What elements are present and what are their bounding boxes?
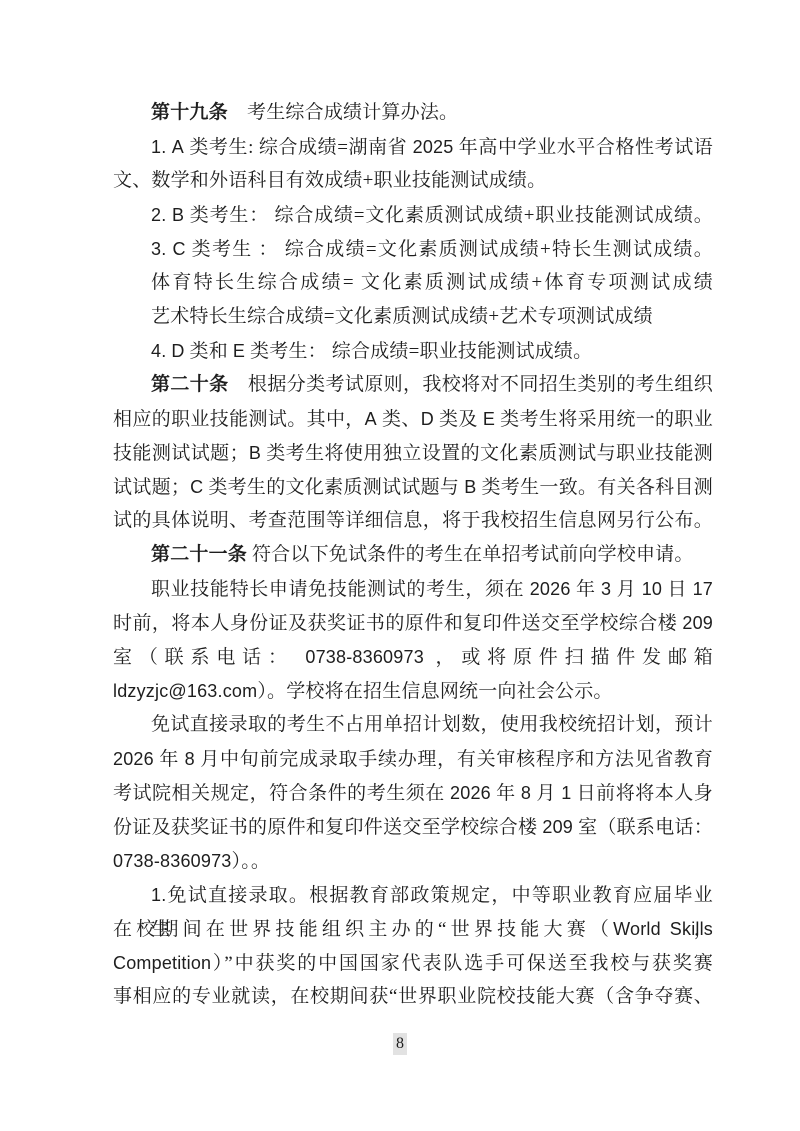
cjk-text-run: 类及 bbox=[434, 409, 483, 430]
latin-text-run: E bbox=[233, 341, 245, 361]
document-line: 份证及获奖证书的原件和复印件送交至学校综合楼 209 室（联系电话： bbox=[113, 810, 713, 844]
cjk-text-run: 在校期间在世界技能组织主办的“世界技能大赛（ bbox=[113, 919, 613, 940]
latin-text-run: 2026 bbox=[113, 749, 154, 769]
latin-text-run: 4. bbox=[151, 341, 166, 361]
latin-text-run: 1 bbox=[561, 783, 571, 803]
latin-text-run: A bbox=[172, 137, 184, 157]
cjk-text-run: 类考生： 综合成绩=职业技能测试成绩。 bbox=[245, 341, 592, 362]
cjk-text-run: 日前将将本人身 bbox=[571, 783, 713, 804]
document-line: 免试直接录取的考生不占用单招计划数，使用我校统招计划，预计 bbox=[113, 708, 713, 742]
document-line: 技能测试试题；B 类考生将使用独立设置的文化素质测试与职业技能测 bbox=[113, 436, 713, 470]
cjk-text-run: 室（联系电话： bbox=[113, 647, 305, 668]
cjk-text-run: 相应的职业技能测试。其中， bbox=[113, 409, 365, 430]
latin-text-run: 2025 bbox=[413, 137, 454, 157]
latin-text-run: 2026 bbox=[530, 579, 571, 599]
document-line: 体育特长生综合成绩= 文化素质测试成绩+体育专项测试成绩 bbox=[113, 266, 713, 300]
cjk-text-run: 试的具体说明、考查范围等详细信息，将于我校招生信息网另行公布。 bbox=[113, 510, 713, 531]
cjk-text-run: ）”中获奖的中国国家代表队选手可保送至我校与获奖赛 bbox=[211, 953, 713, 974]
cjk-text-run: 类考生 ： 综合成绩=文化素质测试成绩+特长生测试成绩。 bbox=[186, 239, 713, 260]
latin-text-run: 8 bbox=[185, 749, 195, 769]
cjk-text-run bbox=[661, 919, 670, 940]
latin-text-run: 17 bbox=[693, 579, 713, 599]
cjk-text-run: 试试题； bbox=[113, 477, 190, 498]
document-line: 第二十一条 符合以下免试条件的考生在单招考试前向学校申请。 bbox=[113, 538, 713, 572]
document-line: 2. B 类考生： 综合成绩=文化素质测试成绩+职业技能测试成绩。 bbox=[113, 198, 713, 232]
latin-text-run: C bbox=[190, 477, 203, 497]
cjk-text-run: 根据分类考试原则，我校将对不同招生类别的考生组织 bbox=[229, 374, 713, 395]
cjk-text-run: 类考生： 综合成绩=文化素质测试成绩+职业技能测试成绩。 bbox=[184, 205, 713, 226]
latin-text-run: C bbox=[172, 239, 185, 259]
cjk-text-run: 技能测试试题； bbox=[113, 443, 249, 464]
document-line: 1.免试直接录取。根据教育部政策规定，中等职业教育应届毕业生， bbox=[113, 878, 713, 912]
document-content: 第十九条 考生综合成绩计算办法。1. A 类考生: 综合成绩=湖南省 2025 … bbox=[113, 96, 713, 1014]
cjk-text-run: 室（联系电话： bbox=[573, 817, 713, 838]
cjk-text-run: 第二十条 bbox=[151, 374, 229, 395]
cjk-text-run: ，或将原件扫描件发邮箱 bbox=[424, 647, 713, 668]
document-line: 1. A 类考生: 综合成绩=湖南省 2025 年高中学业水平合格性考试语 bbox=[113, 130, 713, 164]
cjk-text-run: 类考生: 综合成绩=湖南省 bbox=[184, 137, 413, 158]
document-line: 3. C 类考生 ： 综合成绩=文化素质测试成绩+特长生测试成绩。 bbox=[113, 232, 713, 266]
cjk-text-run: 事相应的专业就读，在校期间获“世界职业院校技能大赛（含争夺赛、 bbox=[113, 986, 713, 1007]
latin-text-run: 1. bbox=[151, 137, 166, 157]
cjk-text-run: 类考生将使用独立设置的文化素质测试与职业技能测 bbox=[261, 443, 713, 464]
cjk-text-run: 类和 bbox=[185, 341, 233, 362]
cjk-text-run: 年 bbox=[571, 579, 601, 600]
cjk-text-run: 第二十一条 bbox=[151, 544, 247, 565]
document-line: 室（联系电话： 0738-8360973 ，或将原件扫描件发邮箱 bbox=[113, 640, 713, 674]
page-number: 8 bbox=[393, 1033, 407, 1055]
document-line: 第二十条 根据分类考试原则，我校将对不同招生类别的考生组织 bbox=[113, 368, 713, 402]
document-line: 0738-8360973）。。 bbox=[113, 844, 713, 878]
cjk-text-run: 类、 bbox=[377, 409, 421, 430]
document-line: Competition）”中获奖的中国国家代表队选手可保送至我校与获奖赛 bbox=[113, 946, 713, 980]
latin-text-run: B bbox=[464, 477, 476, 497]
document-line: 考试院相关规定，符合条件的考生须在 2026 年 8 月 1 日前将将本人身 bbox=[113, 776, 713, 810]
cjk-text-run: 月 bbox=[531, 783, 561, 804]
document-line: 试试题；C 类考生的文化素质测试试题与 B 类考生一致。有关各科目测 bbox=[113, 470, 713, 504]
document-line: 4. D 类和 E 类考生： 综合成绩=职业技能测试成绩。 bbox=[113, 334, 713, 368]
cjk-text-run: 类考生的文化素质测试试题与 bbox=[203, 477, 464, 498]
document-line: 艺术特长生综合成绩=文化素质测试成绩+艺术专项测试成绩 bbox=[113, 300, 713, 334]
latin-text-run: ldzyzjc@163.com bbox=[113, 681, 257, 701]
document-line: 时前，将本人身份证及获奖证书的原件和复印件送交至学校综合楼 209 bbox=[113, 606, 713, 640]
latin-text-run: 209 bbox=[682, 613, 713, 633]
document-line: 相应的职业技能测试。其中，A 类、D 类及 E 类考生将采用统一的职业 bbox=[113, 402, 713, 436]
document-line: 2026 年 8 月中旬前完成录取手续办理，有关审核程序和方法见省教育 bbox=[113, 742, 713, 776]
document-page: 第十九条 考生综合成绩计算办法。1. A 类考生: 综合成绩=湖南省 2025 … bbox=[0, 0, 800, 1131]
cjk-text-run: 年 bbox=[154, 749, 185, 770]
cjk-text-run: 文、数学和外语科目有效成绩+职业技能测试成绩。 bbox=[113, 170, 546, 191]
cjk-text-run: 类考生一致。有关各科目测 bbox=[476, 477, 713, 498]
document-line: 职业技能特长申请免技能测试的考生，须在 2026 年 3 月 10 日 17 bbox=[113, 572, 713, 606]
latin-text-run: B bbox=[249, 443, 261, 463]
latin-text-run: 0738-8360973 bbox=[113, 851, 232, 871]
document-line: 在校期间在世界技能组织主办的“世界技能大赛（World Skills bbox=[113, 912, 713, 946]
cjk-text-run: 职业技能特长申请免技能测试的考生，须在 bbox=[151, 579, 530, 600]
page-footer: 8 bbox=[0, 1033, 800, 1055]
cjk-text-run: 月中旬前完成录取手续办理，有关审核程序和方法见省教育 bbox=[195, 749, 713, 770]
latin-text-run: 3. bbox=[151, 239, 166, 259]
cjk-text-run: 日 bbox=[662, 579, 692, 600]
latin-text-run: B bbox=[172, 205, 184, 225]
document-line: 第十九条 考生综合成绩计算办法。 bbox=[113, 96, 713, 130]
cjk-text-run: 年 bbox=[491, 783, 521, 804]
cjk-text-run: 时前，将本人身份证及获奖证书的原件和复印件送交至学校综合楼 bbox=[113, 613, 682, 634]
cjk-text-run: 考试院相关规定，符合条件的考生须在 bbox=[113, 783, 450, 804]
latin-text-run: D bbox=[171, 341, 184, 361]
cjk-text-run: 考生综合成绩计算办法。 bbox=[228, 102, 458, 123]
latin-text-run: 3 bbox=[601, 579, 611, 599]
latin-text-run: 2. bbox=[151, 205, 166, 225]
cjk-text-run: 第十九条 bbox=[151, 102, 228, 123]
cjk-text-run: 符合以下免试条件的考生在单招考试前向学校申请。 bbox=[247, 544, 694, 565]
latin-text-run: Skills bbox=[670, 919, 713, 939]
cjk-text-run: ）。。 bbox=[232, 851, 271, 872]
cjk-text-run: 免试直接录取的考生不占用单招计划数，使用我校统招计划，预计 bbox=[151, 714, 713, 735]
latin-text-run: 0738-8360973 bbox=[305, 647, 424, 667]
latin-text-run: A bbox=[365, 409, 377, 429]
latin-text-run: 8 bbox=[521, 783, 531, 803]
latin-text-run: D bbox=[421, 409, 434, 429]
document-line: ldzyzjc@163.com）。学校将在招生信息网统一向社会公示。 bbox=[113, 674, 713, 708]
latin-text-run: 10 bbox=[642, 579, 662, 599]
latin-text-run: 1. bbox=[151, 885, 166, 905]
latin-text-run: World bbox=[613, 919, 661, 939]
latin-text-run: Competition bbox=[113, 953, 211, 973]
cjk-text-run: 类考生将采用统一的职业 bbox=[495, 409, 713, 430]
cjk-text-run: ）。学校将在招生信息网统一向社会公示。 bbox=[257, 681, 612, 702]
cjk-text-run: 年高中学业水平合格性考试语 bbox=[453, 137, 713, 158]
document-line: 文、数学和外语科目有效成绩+职业技能测试成绩。 bbox=[113, 164, 713, 198]
document-line: 事相应的专业就读，在校期间获“世界职业院校技能大赛（含争夺赛、 bbox=[113, 980, 713, 1014]
cjk-text-run: 体育特长生综合成绩= 文化素质测试成绩+体育专项测试成绩 bbox=[151, 272, 713, 293]
cjk-text-run: 份证及获奖证书的原件和复印件送交至学校综合楼 bbox=[113, 817, 542, 838]
latin-text-run: E bbox=[483, 409, 495, 429]
document-line: 试的具体说明、考查范围等详细信息，将于我校招生信息网另行公布。 bbox=[113, 504, 713, 538]
latin-text-run: 209 bbox=[542, 817, 573, 837]
cjk-text-run: 艺术特长生综合成绩=文化素质测试成绩+艺术专项测试成绩 bbox=[151, 306, 653, 327]
latin-text-run: 2026 bbox=[450, 783, 491, 803]
cjk-text-run: 月 bbox=[611, 579, 641, 600]
